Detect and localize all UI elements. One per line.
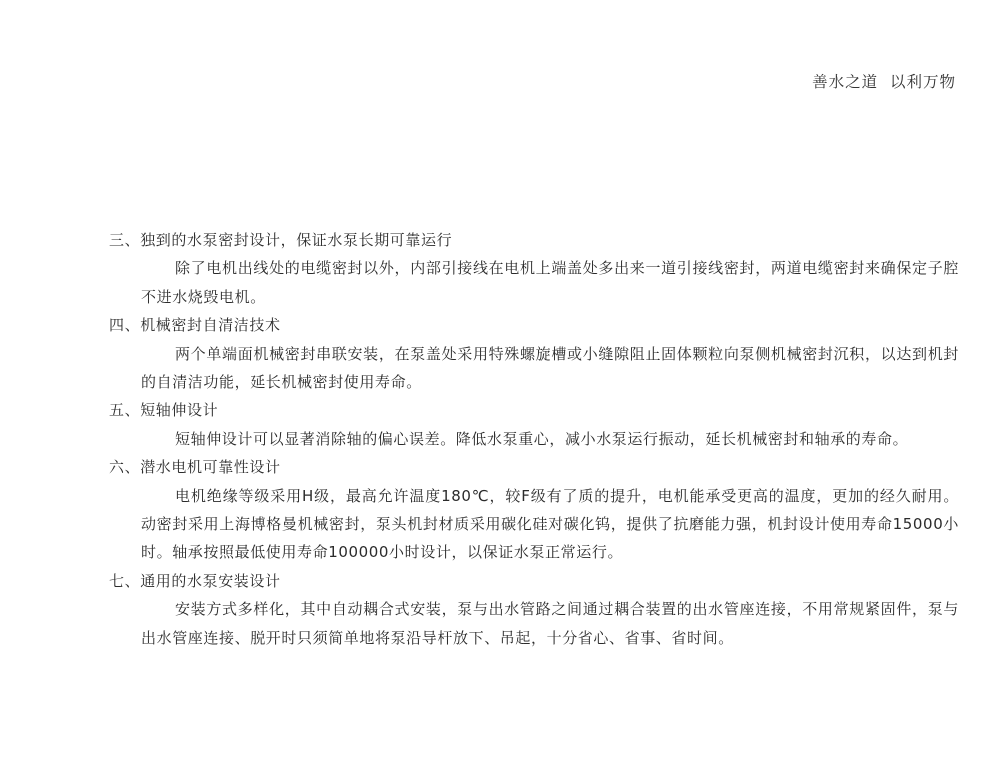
section-motor-reliability: 六、潜水电机可靠性设计 电机绝缘等级采用H级，最高允许温度180℃，较F级有了质… bbox=[109, 453, 959, 567]
section-mechanical-seal-self-cleaning: 四、机械密封自清洁技术 两个单端面机械密封串联安装，在泵盖处采用特殊螺旋槽或小缝… bbox=[109, 311, 959, 396]
page-motto: 善水之道 以利万物 bbox=[812, 70, 956, 92]
section-heading: 七、通用的水泵安装设计 bbox=[109, 567, 959, 595]
section-paragraph: 短轴伸设计可以显著消除轴的偏心误差。降低水泵重心，减小水泵运行振动，延长机械密封… bbox=[109, 425, 959, 453]
section-heading: 三、独到的水泵密封设计，保证水泵长期可靠运行 bbox=[109, 226, 959, 254]
section-heading: 六、潜水电机可靠性设计 bbox=[109, 453, 959, 481]
section-installation-design: 七、通用的水泵安装设计 安装方式多样化，其中自动耦合式安装，泵与出水管路之间通过… bbox=[109, 567, 959, 652]
section-heading: 五、短轴伸设计 bbox=[109, 396, 959, 424]
section-paragraph: 安装方式多样化，其中自动耦合式安装，泵与出水管路之间通过耦合装置的出水管座连接，… bbox=[109, 595, 959, 652]
document-body: 三、独到的水泵密封设计，保证水泵长期可靠运行 除了电机出线处的电缆密封以外，内部… bbox=[109, 226, 959, 652]
section-seal-design: 三、独到的水泵密封设计，保证水泵长期可靠运行 除了电机出线处的电缆密封以外，内部… bbox=[109, 226, 959, 311]
section-heading: 四、机械密封自清洁技术 bbox=[109, 311, 959, 339]
section-paragraph: 电机绝缘等级采用H级，最高允许温度180℃，较F级有了质的提升，电机能承受更高的… bbox=[109, 482, 959, 567]
section-short-shaft-design: 五、短轴伸设计 短轴伸设计可以显著消除轴的偏心误差。降低水泵重心，减小水泵运行振… bbox=[109, 396, 959, 453]
section-paragraph: 除了电机出线处的电缆密封以外，内部引接线在电机上端盖处多出来一道引接线密封，两道… bbox=[109, 254, 959, 311]
section-paragraph: 两个单端面机械密封串联安装，在泵盖处采用特殊螺旋槽或小缝隙阻止固体颗粒向泵侧机械… bbox=[109, 340, 959, 397]
